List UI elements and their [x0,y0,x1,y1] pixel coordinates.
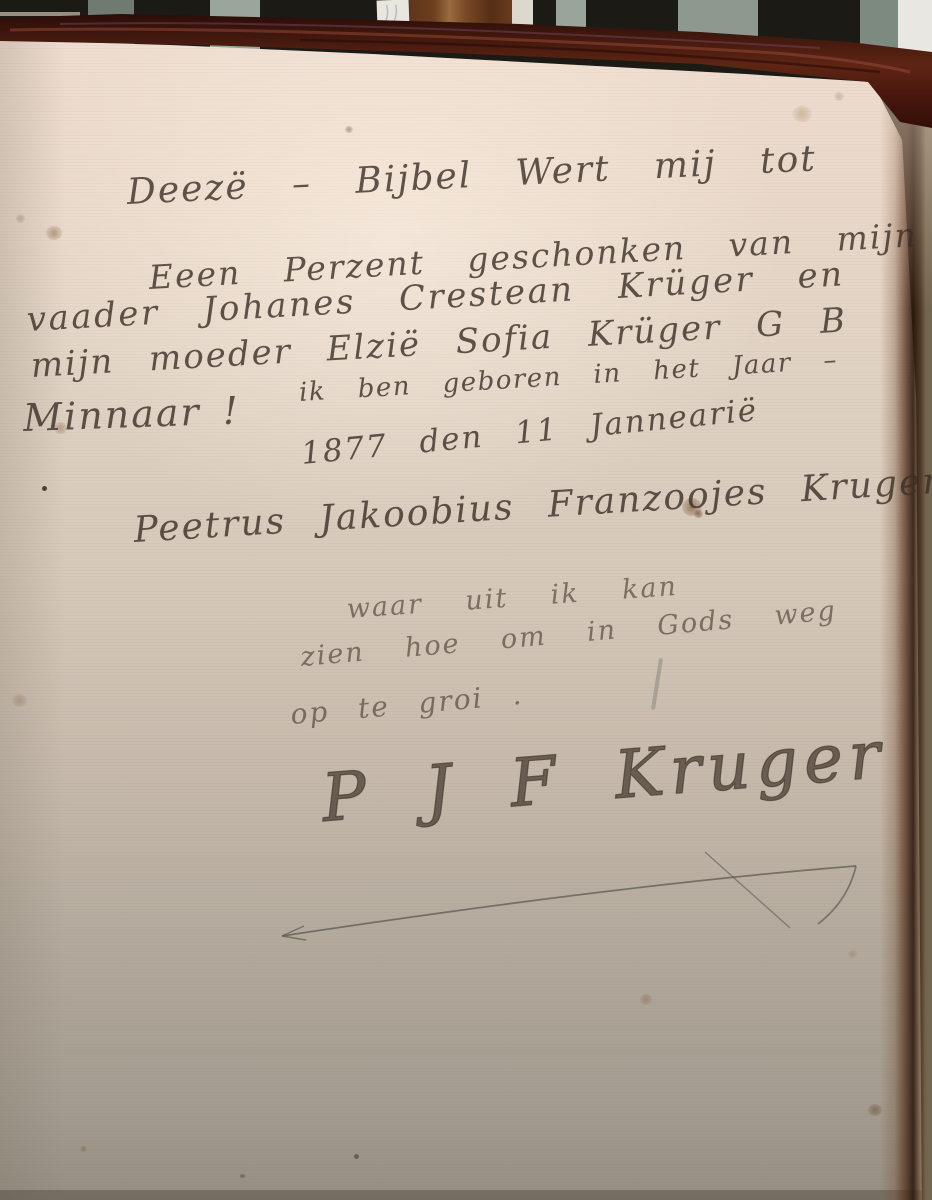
foxing-spot [868,1104,882,1116]
foxing-spot [12,694,27,707]
foxing-spot [640,994,652,1005]
foxing-spot [16,214,25,223]
pencil-flourish [250,830,890,970]
photo-of-bible-inscription-page: Deezë – Bijbel Wert mij tot Eeen Perzent… [0,0,932,1200]
leather-book-edge [0,0,932,150]
foxing-spot [46,226,62,240]
ink-fleck [354,1154,359,1159]
ink-fleck [240,1174,245,1178]
ink-fleck [42,486,47,491]
foxing-spot [80,1146,87,1152]
handwriting-line: Minnaar ! [22,388,240,440]
